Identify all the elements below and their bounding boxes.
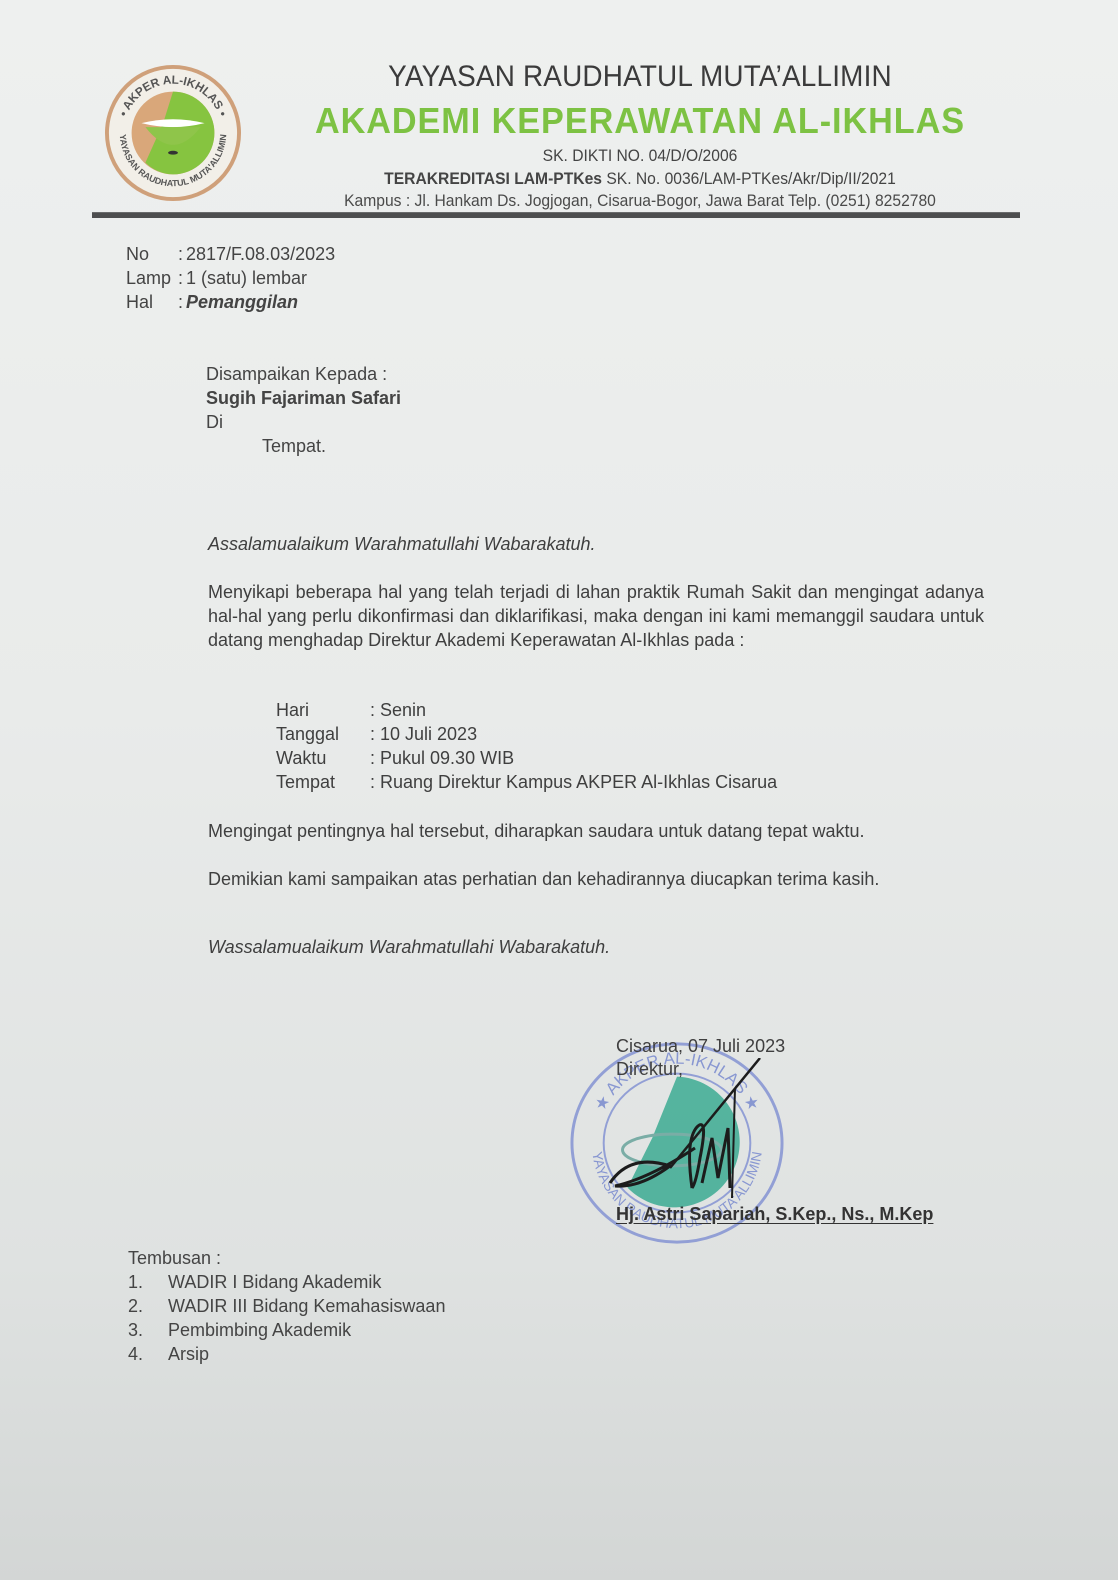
detail-value: : Pukul 09.30 WIB (370, 746, 514, 770)
cc-list: Tembusan : 1. WADIR I Bidang Akademik 2.… (128, 1246, 445, 1366)
letter-meta: No : 2817/F.08.03/2023 Lamp : 1 (satu) l… (126, 242, 335, 314)
meta-subject: Hal : Pemanggilan (126, 290, 335, 314)
cc-item-number: 4. (128, 1342, 168, 1366)
meta-attachment: Lamp : 1 (satu) lembar (126, 266, 335, 290)
accreditation-number: SK. No. 0036/LAM-PTKes/Akr/Dip/II/2021 (606, 169, 895, 188)
detail-label: Tanggal (276, 722, 370, 746)
meta-subject-label: Hal (126, 290, 178, 314)
sign-place-date: Cisarua, 07 Juli 2023 (616, 1034, 785, 1058)
greeting: Assalamualaikum Warahmatullahi Wabarakat… (208, 532, 984, 556)
meta-number-value: 2817/F.08.03/2023 (186, 242, 335, 266)
institution-logo-icon: • AKPER AL-IKHLAS • YAYASAN RAUDHATUL MU… (104, 64, 242, 202)
recipient-intro: Disampaikan Kepada : (206, 362, 401, 386)
cc-item-text: Pembimbing Akademik (168, 1318, 351, 1342)
detail-label: Tempat (276, 770, 370, 794)
recipient-place: Tempat. (206, 434, 401, 458)
detail-row: Tanggal : 10 Juli 2023 (276, 722, 777, 746)
separator: : (178, 290, 186, 314)
separator: : (178, 242, 186, 266)
cc-item-number: 1. (128, 1270, 168, 1294)
closing-greeting: Wassalamualaikum Warahmatullahi Wabaraka… (208, 935, 984, 959)
foundation-name: YAYASAN RAUDHATUL MUTA’ALLIMIN (287, 60, 994, 94)
cc-item: 2. WADIR III Bidang Kemahasiswaan (128, 1294, 445, 1318)
cc-item-number: 2. (128, 1294, 168, 1318)
cc-item-text: Arsip (168, 1342, 209, 1366)
detail-value: : Senin (370, 698, 426, 722)
body-paragraph-2: Mengingat pentingnya hal tersebut, dihar… (208, 819, 984, 843)
cc-item: 3. Pembimbing Akademik (128, 1318, 445, 1342)
cc-item-number: 3. (128, 1318, 168, 1342)
detail-row: Waktu : Pukul 09.30 WIB (276, 746, 777, 770)
cc-item: 4. Arsip (128, 1342, 445, 1366)
sk-dikti: SK. DIKTI NO. 04/D/O/2006 (290, 146, 989, 166)
accreditation-line: TERAKREDITASI LAM-PTKes SK. No. 0036/LAM… (290, 169, 989, 189)
header-divider (92, 212, 1020, 218)
detail-label: Hari (276, 698, 370, 722)
cc-title: Tembusan : (128, 1246, 445, 1270)
cc-item-text: WADIR I Bidang Akademik (168, 1270, 381, 1294)
appointment-details: Hari : Senin Tanggal : 10 Juli 2023 Wakt… (276, 698, 777, 794)
signer-name: Hj. Astri Sapariah, S.Kep., Ns., M.Kep (616, 1204, 933, 1225)
detail-row: Hari : Senin (276, 698, 777, 722)
meta-attachment-value: 1 (satu) lembar (186, 266, 307, 290)
body-paragraph-3: Demikian kami sampaikan atas perhatian d… (208, 867, 984, 891)
body-paragraph-1: Menyikapi beberapa hal yang telah terjad… (208, 580, 984, 652)
recipient-di: Di (206, 410, 401, 434)
detail-value: : Ruang Direktur Kampus AKPER Al-Ikhlas … (370, 770, 777, 794)
handwritten-signature-icon (600, 1058, 780, 1208)
meta-subject-value: Pemanggilan (186, 290, 298, 314)
meta-number: No : 2817/F.08.03/2023 (126, 242, 335, 266)
detail-label: Waktu (276, 746, 370, 770)
institution-name: AKADEMI KEPERAWATAN AL-IKHLAS (279, 100, 1001, 142)
meta-attachment-label: Lamp (126, 266, 178, 290)
separator: : (178, 266, 186, 290)
detail-row: Tempat : Ruang Direktur Kampus AKPER Al-… (276, 770, 777, 794)
cc-item: 1. WADIR I Bidang Akademik (128, 1270, 445, 1294)
recipient-name: Sugih Fajariman Safari (206, 386, 401, 410)
detail-value: : 10 Juli 2023 (370, 722, 477, 746)
meta-number-label: No (126, 242, 178, 266)
recipient-block: Disampaikan Kepada : Sugih Fajariman Saf… (206, 362, 401, 458)
accreditation-label: TERAKREDITASI LAM-PTKes (384, 169, 602, 188)
campus-address: Kampus : Jl. Hankam Ds. Jogjogan, Cisaru… (290, 191, 989, 211)
cc-item-text: WADIR III Bidang Kemahasiswaan (168, 1294, 445, 1318)
